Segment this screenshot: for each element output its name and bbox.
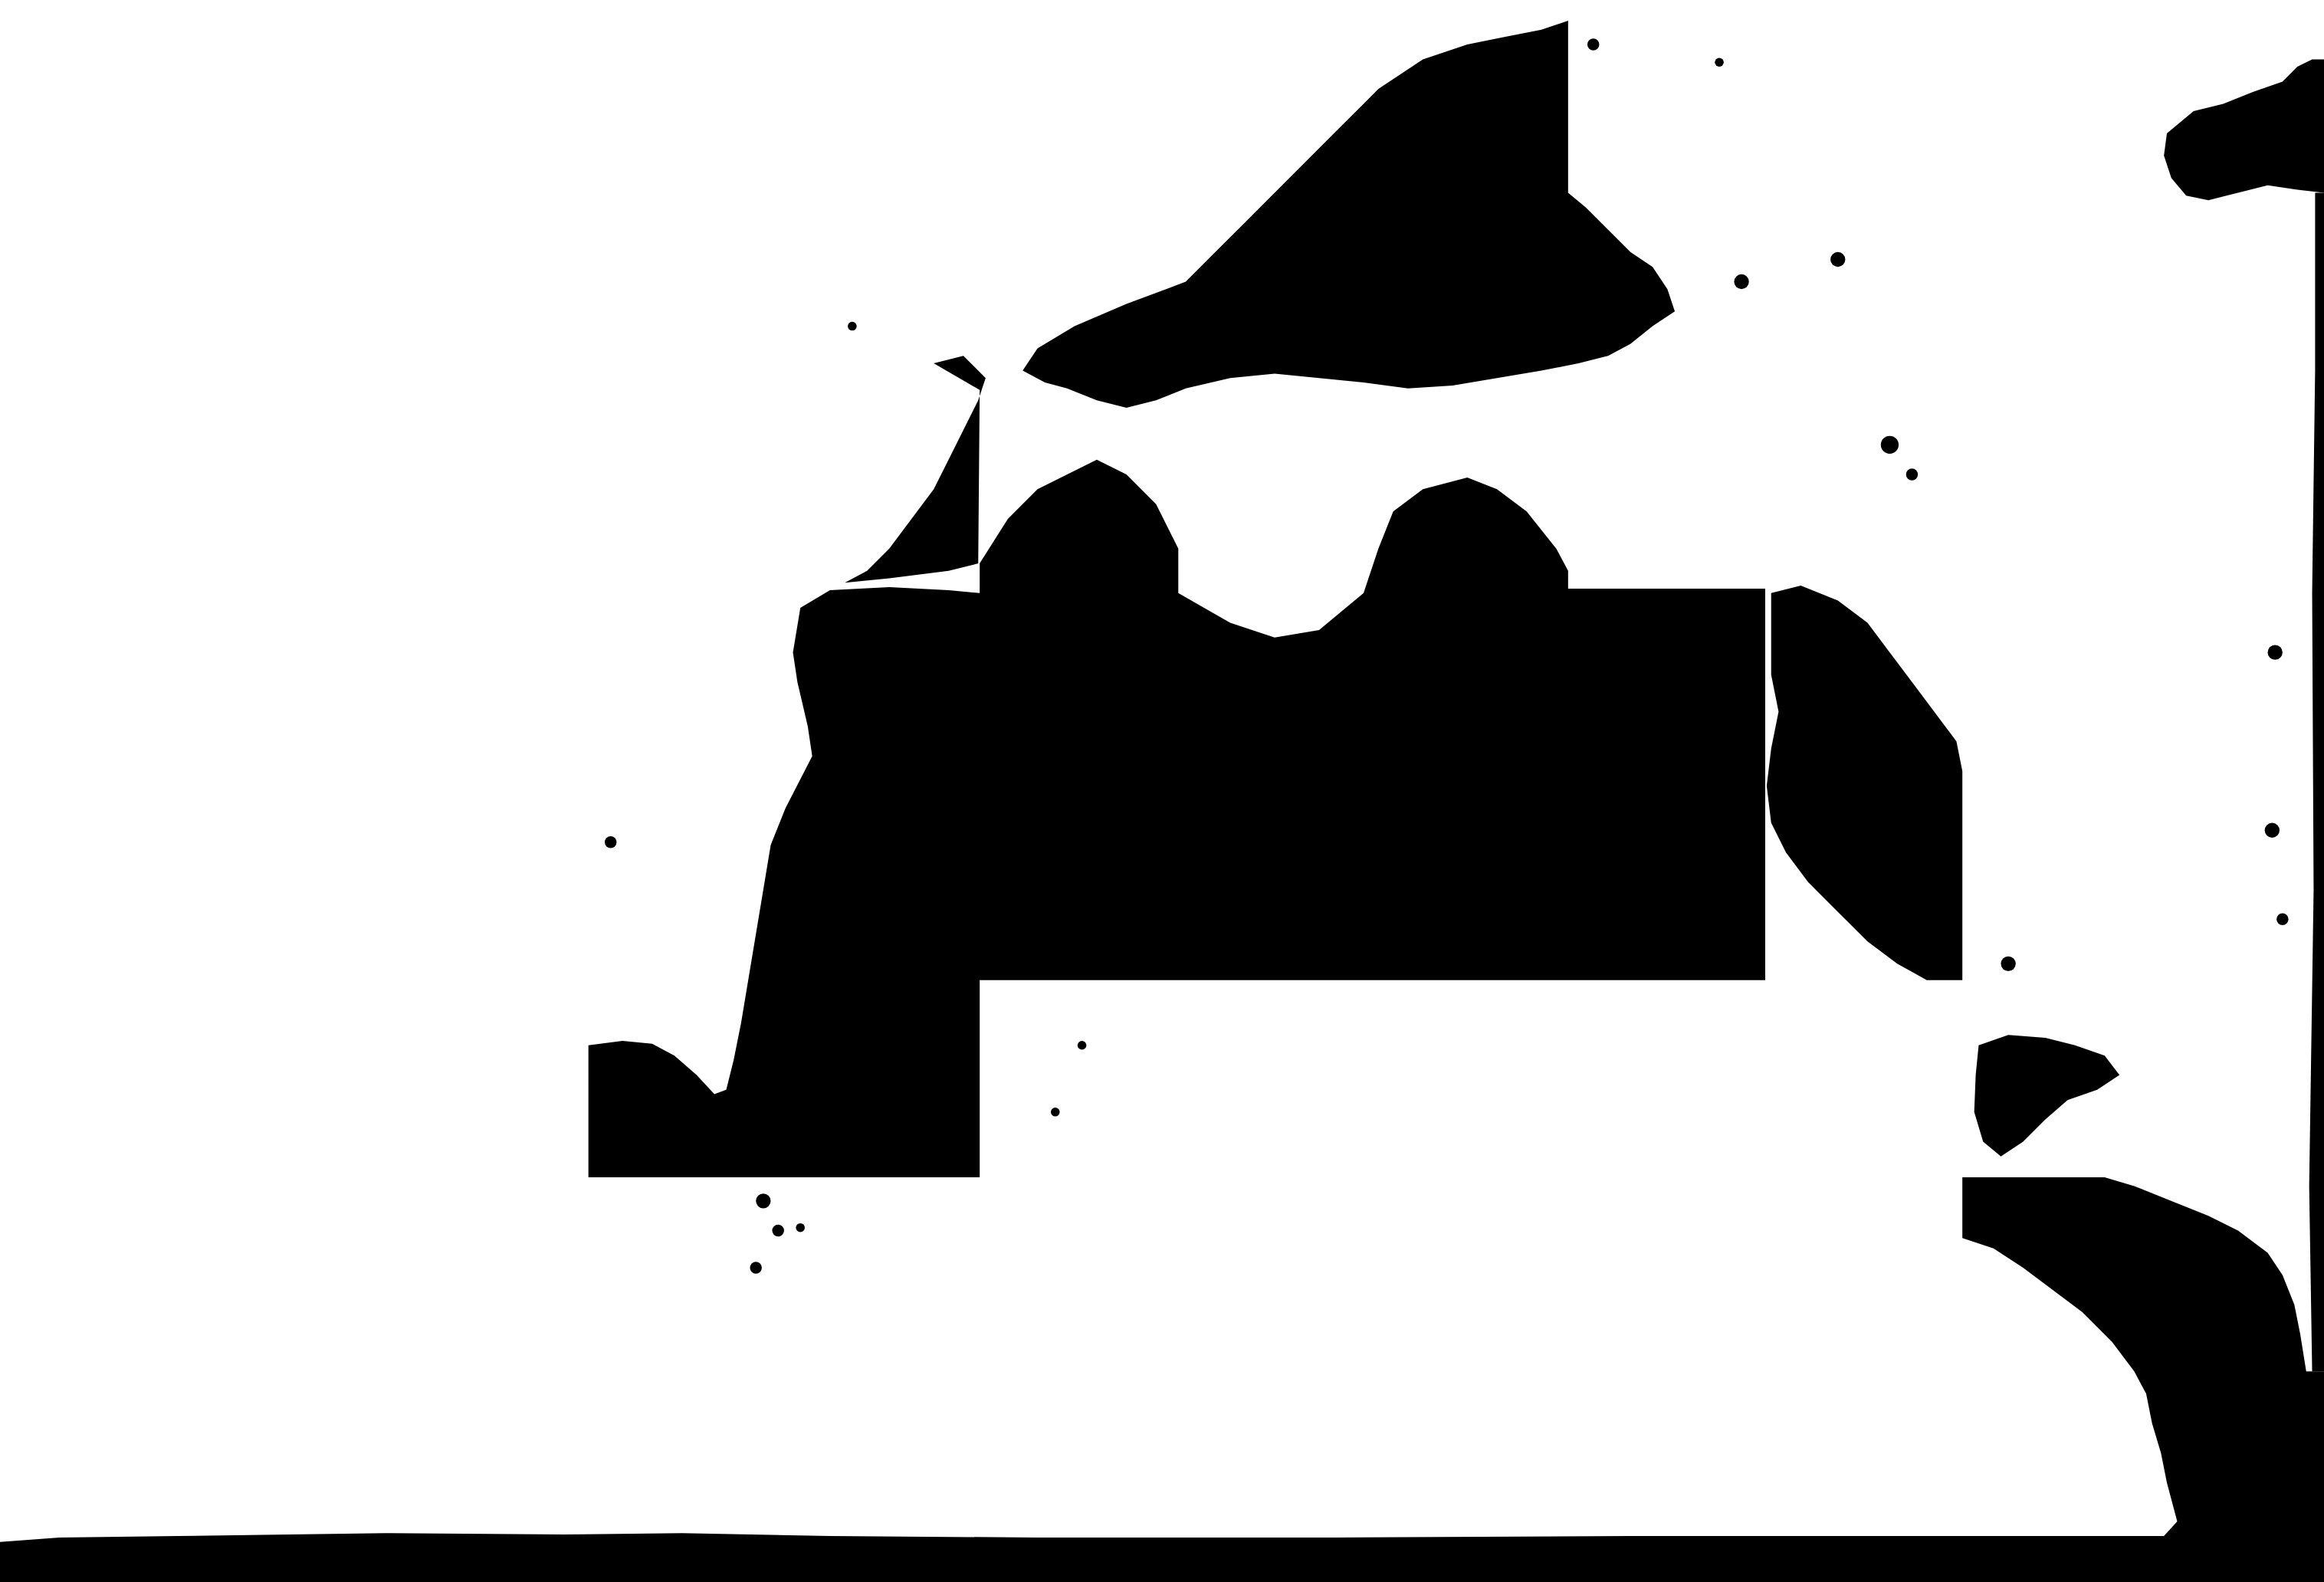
map-canvas[interactable] bbox=[0, 0, 2324, 1582]
binary-mask-map bbox=[0, 0, 2324, 1582]
